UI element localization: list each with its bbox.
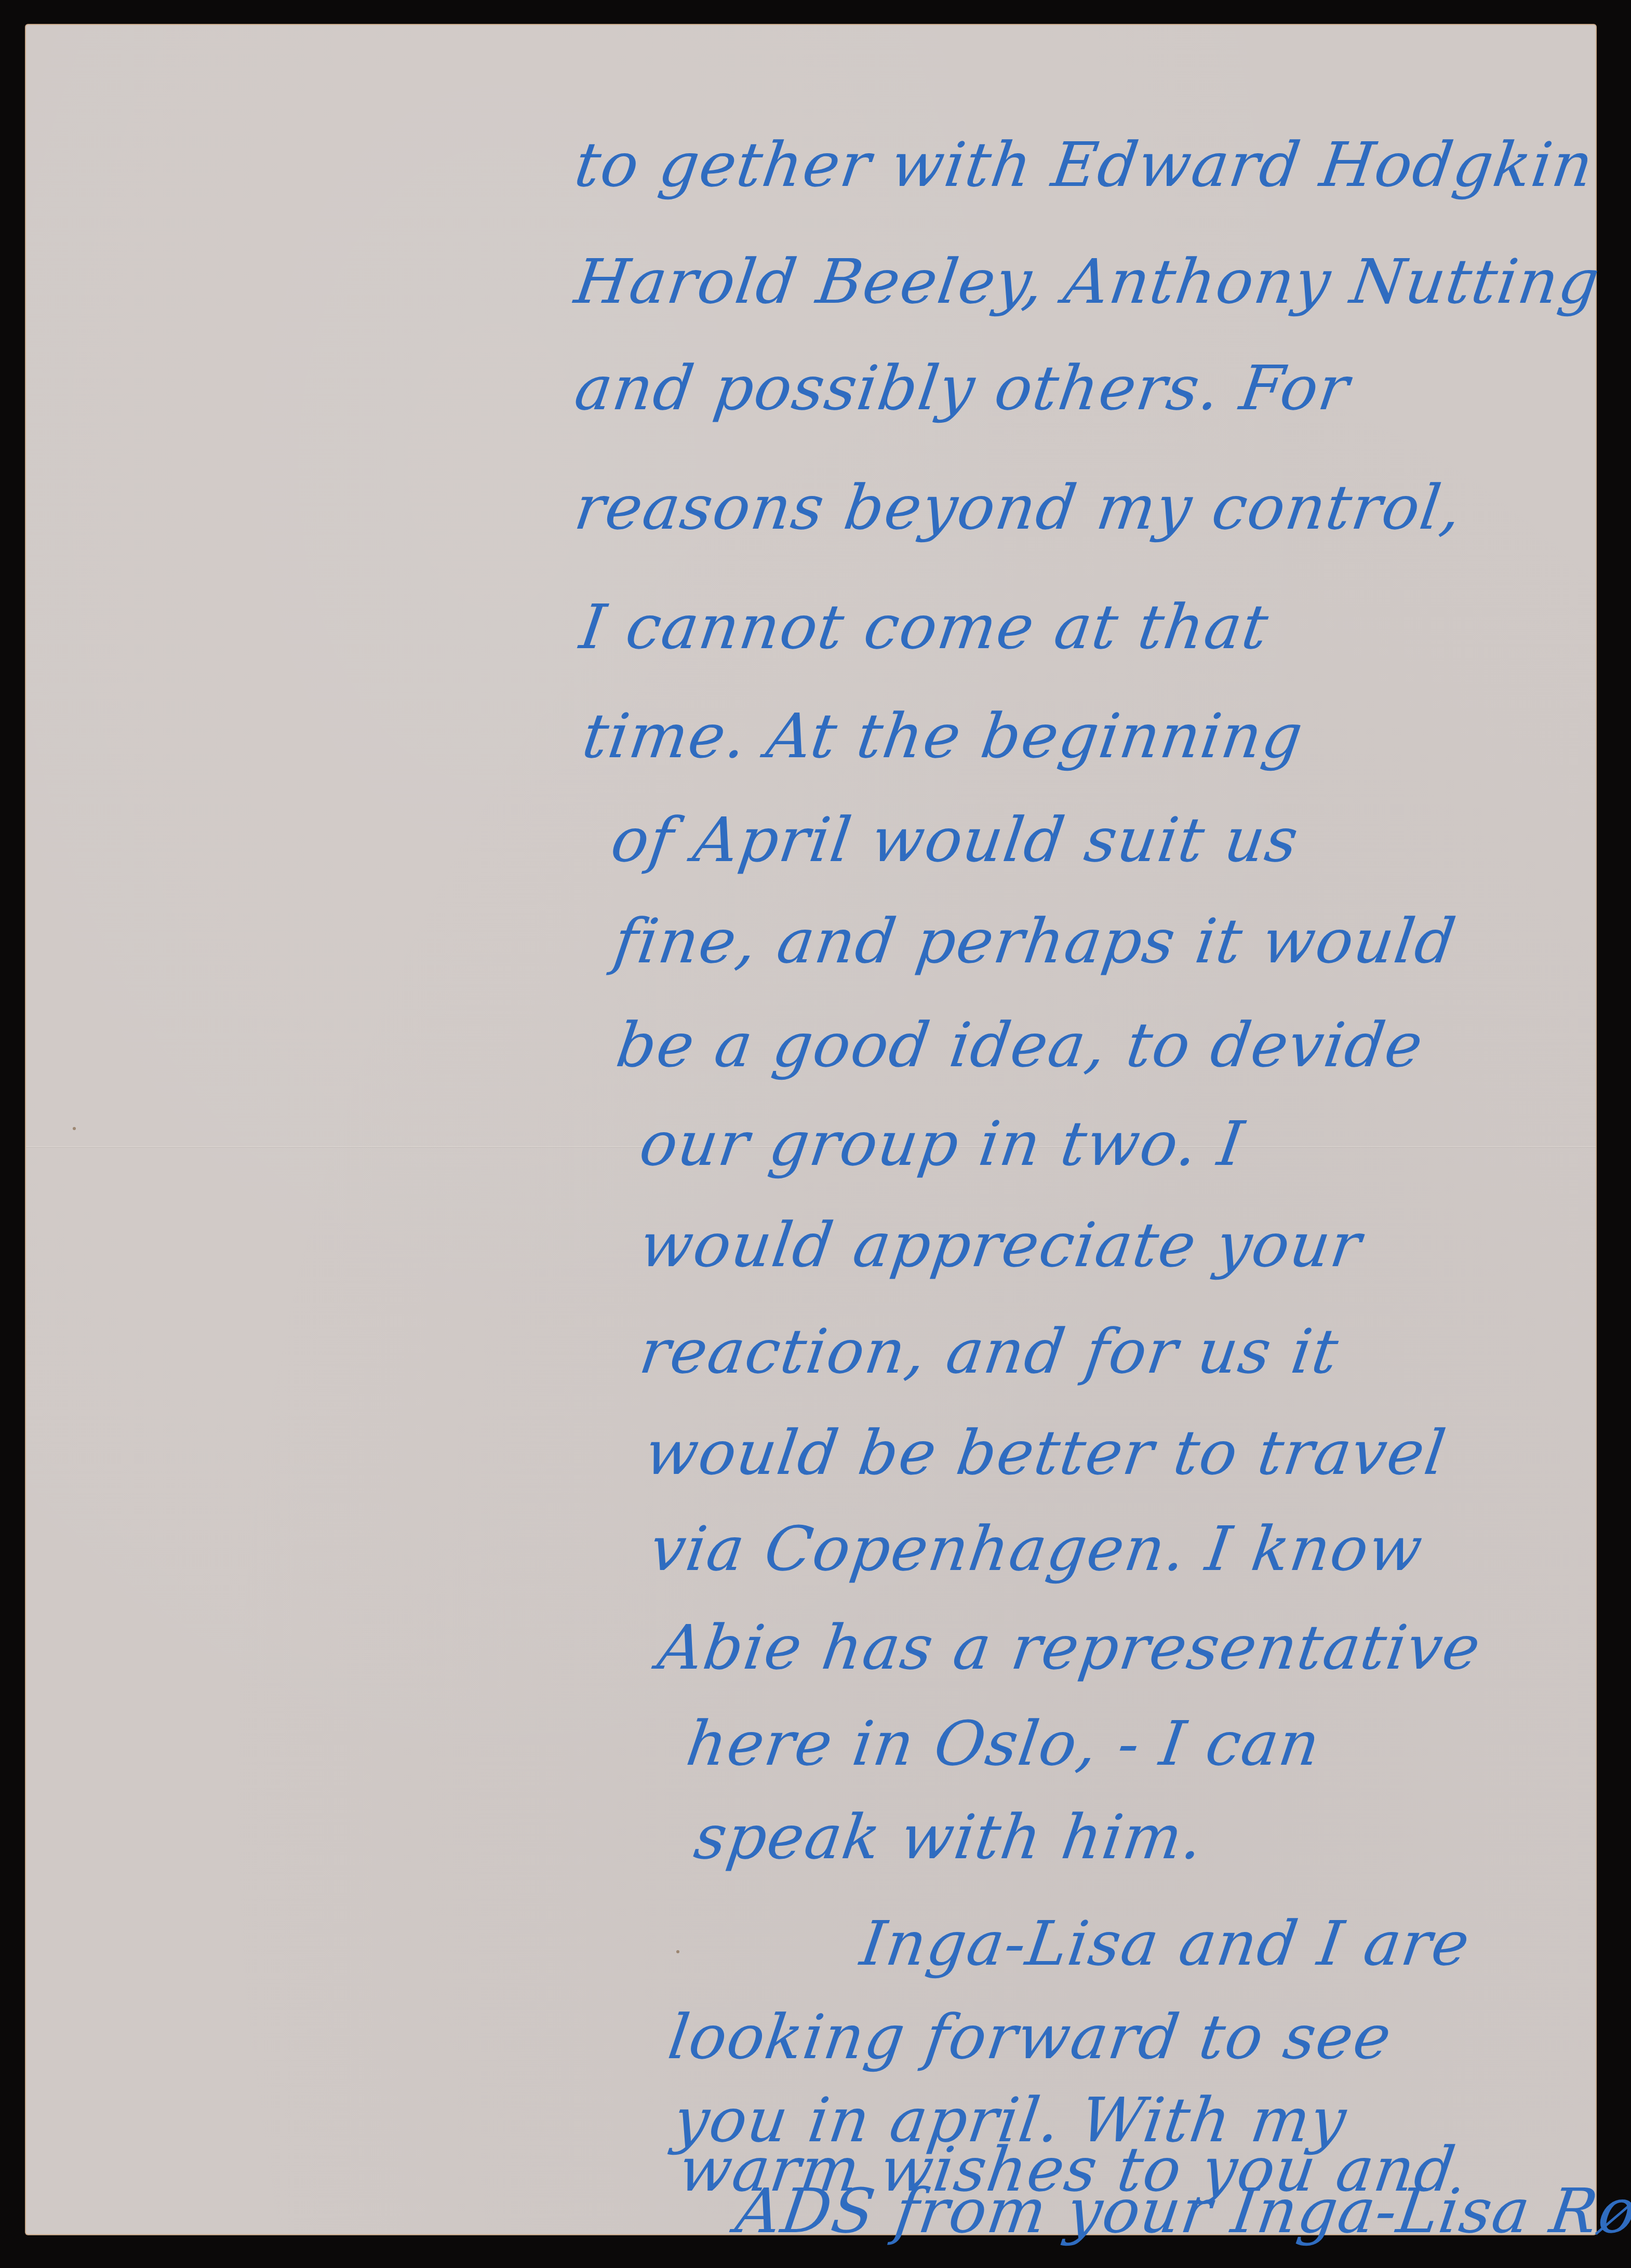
letter-line: of April would suit us [608,809,1303,870]
letter-signature-line: ADS from your Inga-Lisa Rødd [732,2180,1631,2242]
letter-line: Inga-Lisa and I are [857,1913,1474,1974]
letter-page: to gether with Edward Hodgkin Harold Bee… [26,25,1596,2234]
letter-line: looking forward to see [665,2006,1396,2068]
letter-line: would be better to travel [641,1422,1450,1483]
letter-line: fine, and perhaps it would [610,910,1460,972]
letter-line: would appreciate your [636,1214,1366,1276]
letter-line: be a good idea, to devide [613,1014,1427,1076]
letter-line: to gether with Edward Hodgkin [571,134,1597,195]
letter-line: time. At the beginning [579,705,1307,767]
letter-line: our group in two. I [636,1113,1248,1174]
paper-speck [73,1127,76,1130]
letter-line: via Copenhagen. I know [647,1518,1427,1579]
paper-speck [676,1950,679,1953]
letter-line: reasons beyond my control, [571,477,1466,538]
letter-line: I cannot come at that [577,596,1273,657]
letter-line: here in Oslo, - I can [683,1713,1324,1774]
letter-line: reaction, and for us it [636,1321,1343,1382]
letter-line: Harold Beeley, Anthony Nutting [571,251,1603,312]
letter-line: and possibly others. For [571,357,1354,419]
letter-line: speak with him. [691,1806,1208,1868]
letter-line: Abie has a representative [654,1617,1485,1678]
